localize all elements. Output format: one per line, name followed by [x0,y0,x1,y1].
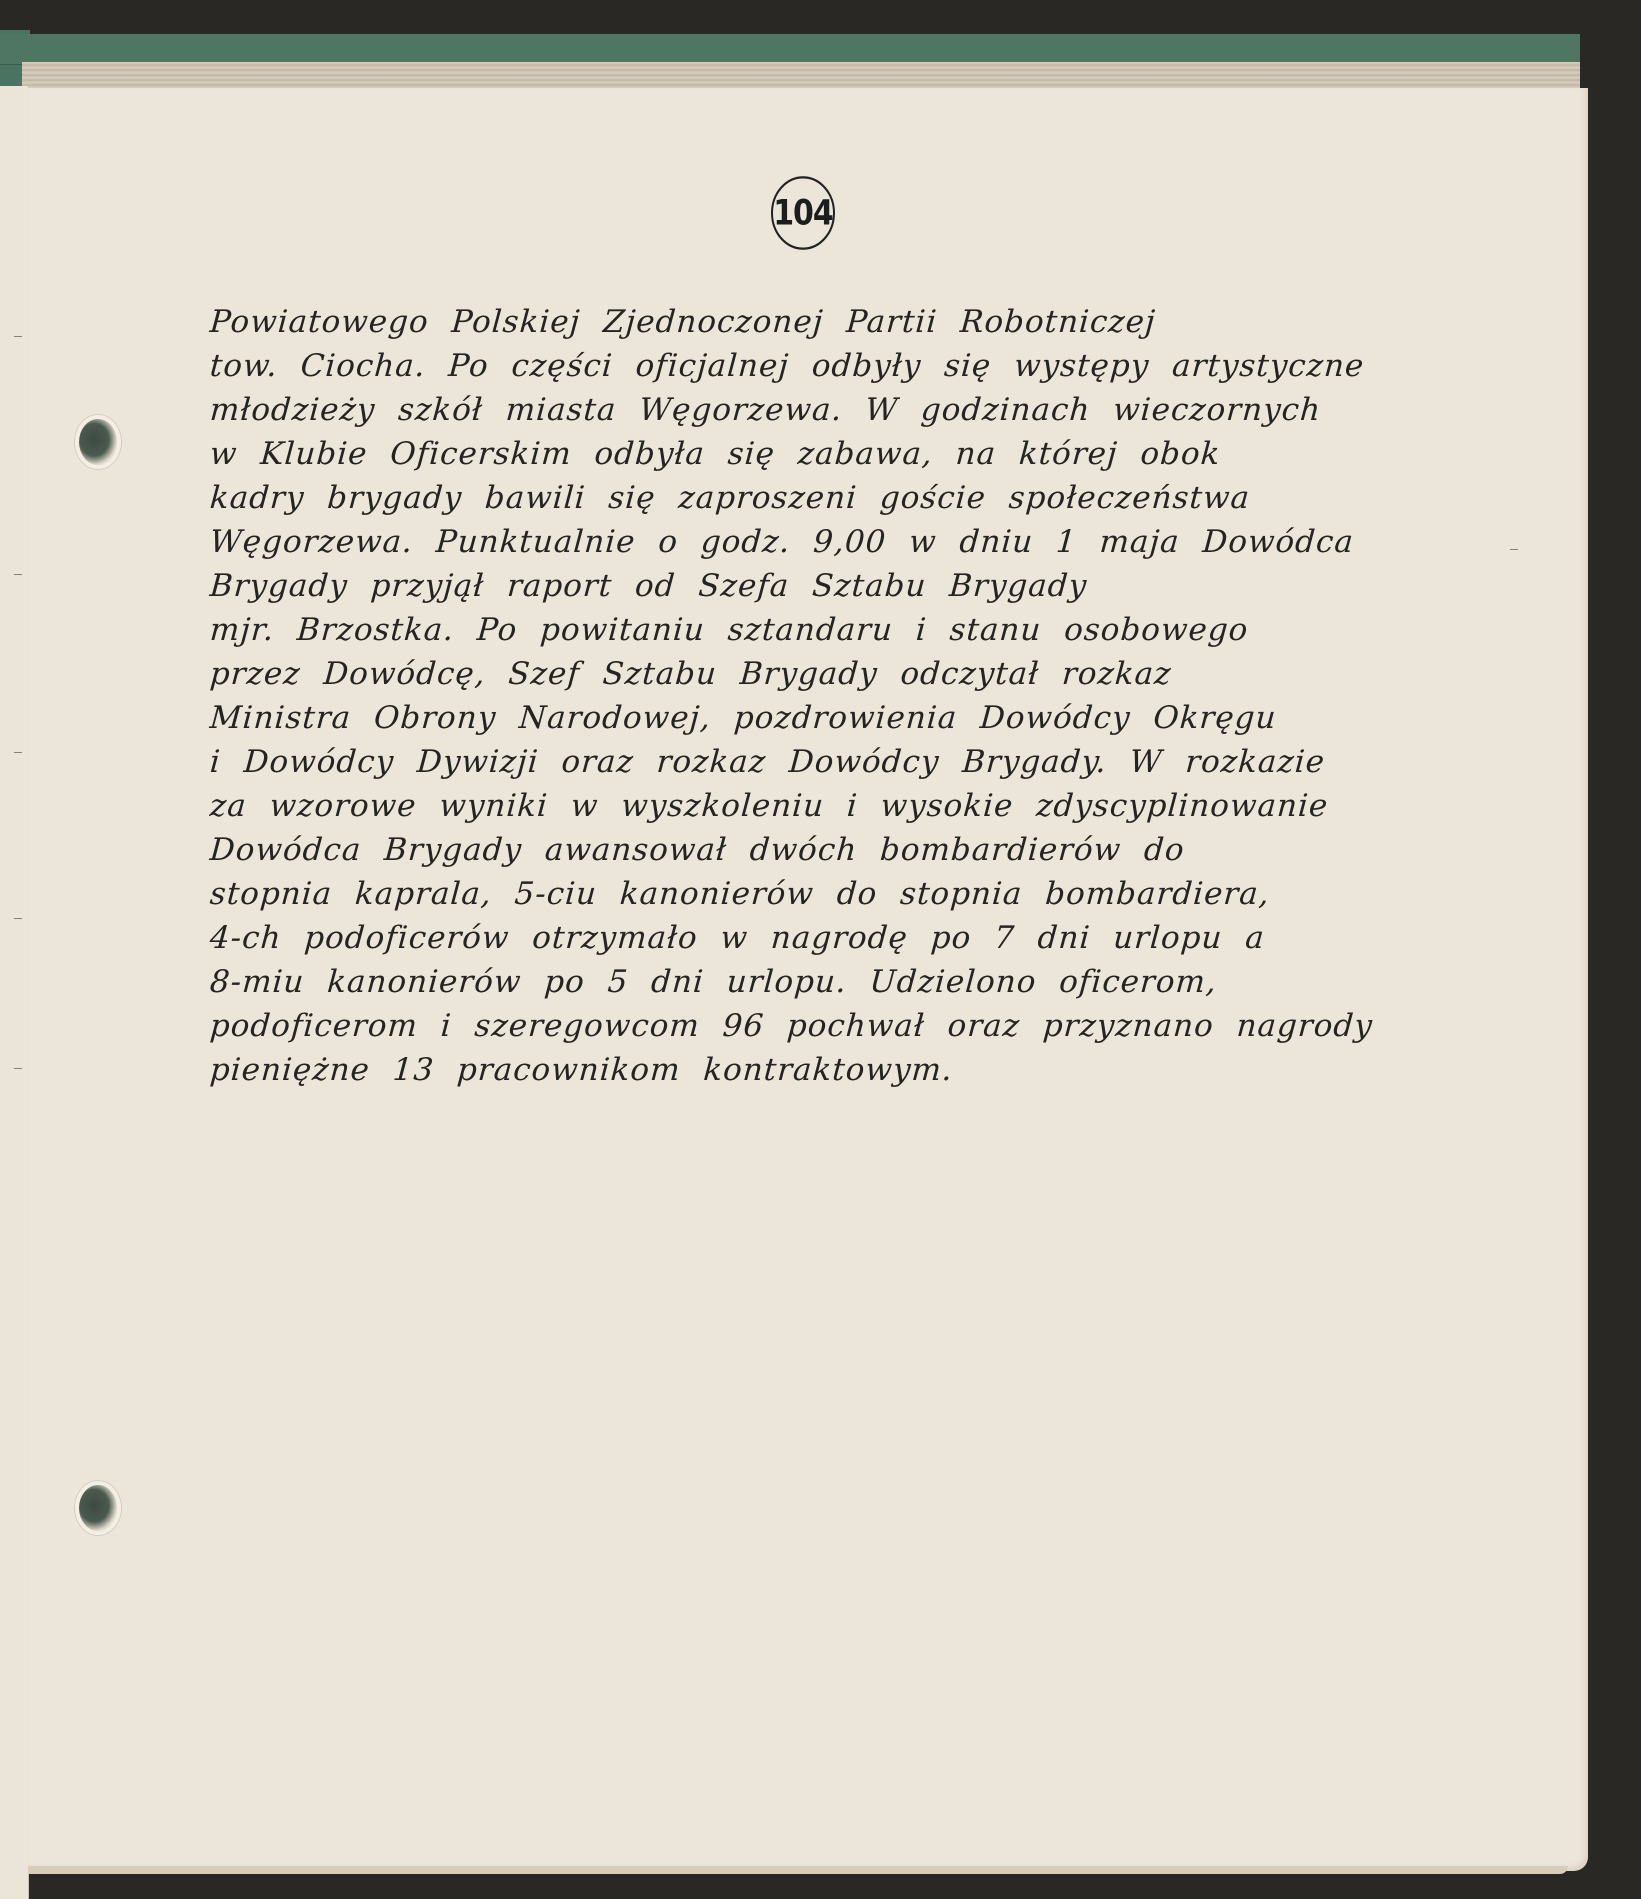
text-line: za wzorowe wyniki w wyszkoleniu i wysoki… [208,784,1461,828]
text-line: stopnia kaprala, 5-ciu kanonierów do sto… [208,872,1461,916]
text-line: Dowódca Brygady awansował dwóch bombardi… [208,828,1461,872]
text-line: tow. Ciocha. Po części oficjalnej odbyły… [208,344,1461,388]
text-line: przez Dowódcę, Szef Sztabu Brygady odczy… [208,652,1461,696]
page-stack-edge [22,62,1580,89]
text-line: Ministra Obrony Narodowej, pozdrowienia … [208,696,1461,740]
page-number-circle: 104 [771,176,835,250]
handwritten-text: Powiatowego Polskiej Zjednoczonej Partii… [210,300,1460,1092]
text-line: młodzieży szkół miasta Węgorzewa. W godz… [208,388,1461,432]
page-number: 104 [773,193,833,233]
text-line: mjr. Brzostka. Po powitaniu sztandaru i … [208,608,1461,652]
page-bottom-edge [28,1866,1568,1874]
margin-mark [14,574,22,575]
text-line: 4-ch podoficerów otrzymało w nagrodę po … [208,916,1461,960]
margin-mark [1510,549,1518,550]
punch-hole-top [79,419,117,465]
text-line: pieniężne 13 pracownikom kontraktowym. [208,1048,1461,1092]
previous-page-edge [0,86,29,1899]
text-line: Brygady przyjął raport od Szefa Sztabu B… [208,564,1461,608]
text-line: Węgorzewa. Punktualnie o godz. 9,00 w dn… [208,520,1461,564]
margin-mark [14,336,22,337]
text-line: i Dowódcy Dywizji oraz rozkaz Dowódcy Br… [208,740,1461,784]
book-cover-spine [0,34,1580,65]
margin-mark [14,1068,22,1069]
margin-mark [14,918,22,919]
punch-hole-bottom [79,1485,117,1531]
text-line: Powiatowego Polskiej Zjednoczonej Partii… [208,300,1461,344]
text-line: podoficerom i szeregowcom 96 pochwał ora… [208,1004,1461,1048]
text-line: kadry brygady bawili się zaproszeni gośc… [208,476,1461,520]
margin-mark [14,752,22,753]
text-line: 8-miu kanonierów po 5 dni urlopu. Udziel… [208,960,1461,1004]
text-line: w Klubie Oficerskim odbyła się zabawa, n… [208,432,1461,476]
